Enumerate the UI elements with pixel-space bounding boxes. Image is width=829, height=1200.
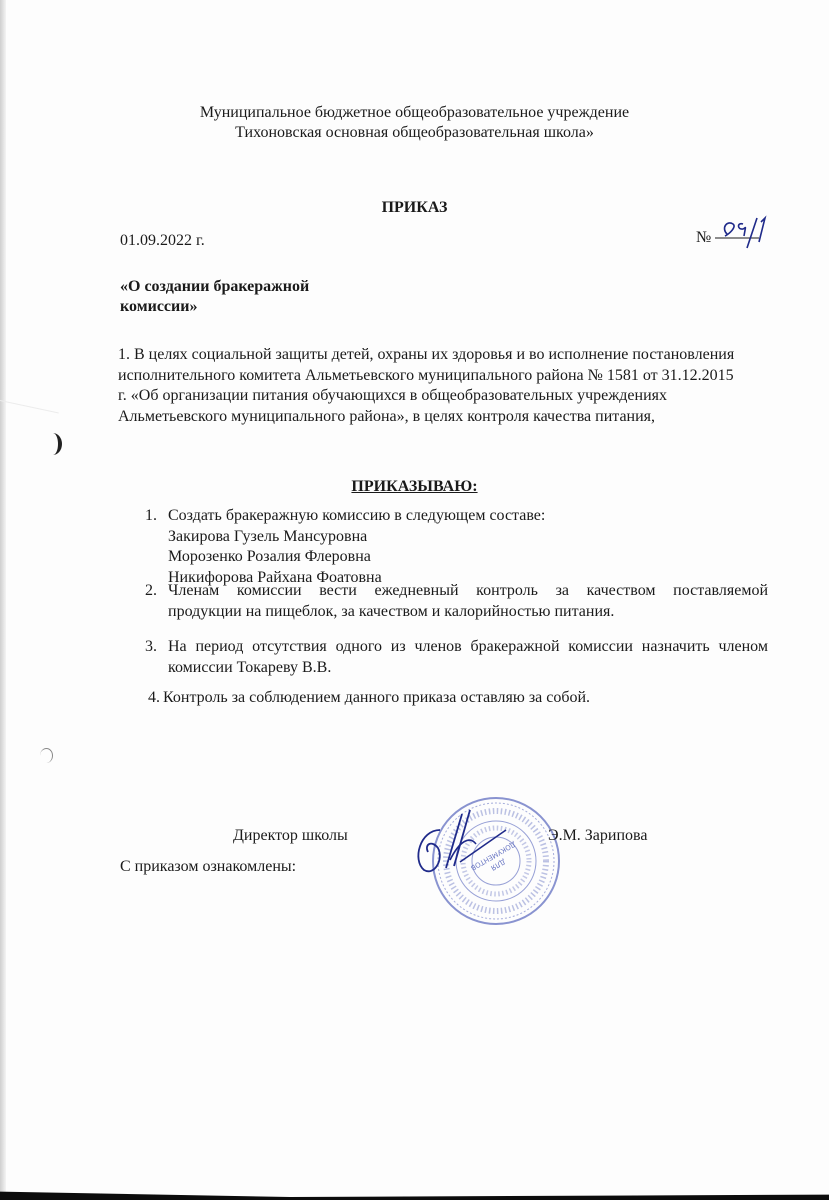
item-text: Контроль за соблюдением данного приказа … <box>163 688 590 709</box>
punch-hole-mark <box>40 748 53 763</box>
preamble-paragraph: 1. В целях социальной защиты детей, охра… <box>118 345 728 427</box>
institution-name-line2: Тихоновская основная общеобразовательная… <box>0 123 829 143</box>
item-text: Создать бракеражную комиссию в следующем… <box>168 506 545 527</box>
preamble-line: Альметьевского муниципального района», в… <box>118 407 728 428</box>
order-date: 01.09.2022 г. <box>120 231 205 251</box>
item-number: 3. <box>145 637 157 658</box>
scan-left-edge <box>0 0 6 1200</box>
acquaintance-note: С приказом ознакомлены: <box>120 857 296 877</box>
document-title: ПРИКАЗ <box>0 198 829 218</box>
item-number: 1. <box>145 506 157 527</box>
order-number-label: № <box>696 228 711 248</box>
preamble-line: г. «Об организации питания обучающихся в… <box>118 386 728 407</box>
commission-member: Закирова Гузель Мансуровна <box>168 527 545 548</box>
scan-bottom-edge <box>0 1188 829 1200</box>
signatory-name: Э.М. Зарипова <box>548 826 647 846</box>
item-number: 2. <box>145 581 157 602</box>
item-text: комиссии Токареву В.В. <box>168 658 768 679</box>
document-page: Муниципальное бюджетное общеобразователь… <box>0 0 829 1200</box>
preamble-line: 1. В целях социальной защиты детей, охра… <box>118 345 728 366</box>
signatory-position: Директор школы <box>233 826 348 846</box>
director-signature <box>410 800 530 880</box>
preamble-line: исполнительного комитета Альметьевского … <box>118 366 728 387</box>
institution-name-line1: Муниципальное бюджетное общеобразователь… <box>0 103 829 123</box>
punch-hole-mark <box>44 433 62 455</box>
order-subject-line2: комиссии» <box>120 297 197 317</box>
order-heading: ПРИКАЗЫВАЮ: <box>0 477 829 497</box>
paper-fold-mark <box>0 400 59 413</box>
item-number: 4. <box>148 688 160 709</box>
order-subject-line1: «О создании бракеражной <box>120 277 309 297</box>
item-text: Членам комиссии вести ежедневный контрол… <box>168 581 768 602</box>
item-text: продукции на пищеблок, за качеством и ка… <box>168 602 768 623</box>
item-text: На период отсутствия одного из членов бр… <box>168 637 768 658</box>
commission-member: Морозенко Розалия Флеровна <box>168 547 545 568</box>
handwritten-order-number <box>713 212 783 252</box>
